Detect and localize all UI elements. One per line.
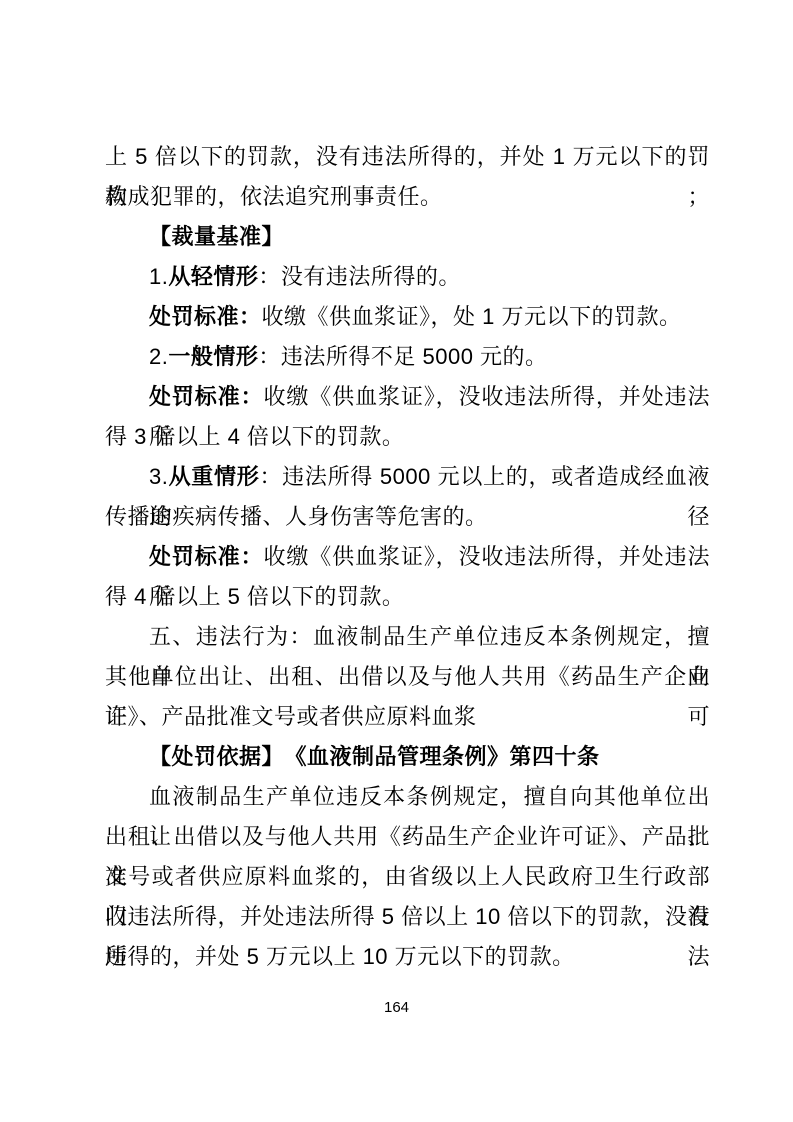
text-line: 其他单位出让、出租、出借以及与他人共用《药品生产企业许可: [105, 657, 710, 697]
text-segment: 得 3 倍以上 4 倍以下的罚款。: [105, 424, 404, 449]
text-line: 2.一般情形：违法所得不足 5000 元的。: [105, 337, 710, 377]
text-line: 得 3 倍以上 4 倍以下的罚款。: [105, 417, 710, 457]
text-segment: 3.: [149, 464, 168, 489]
text-line: 文号或者供应原料血浆的，由省级以上人民政府卫生行政部门没: [105, 857, 710, 897]
text-segment: 1.: [149, 264, 168, 289]
text-line: 收违法所得，并处违法所得 5 倍以上 10 倍以下的罚款，没有违法: [105, 897, 710, 937]
text-segment: 构成犯罪的，依法追究刑事责任。: [105, 184, 443, 209]
text-line: 上 5 倍以下的罚款，没有违法所得的，并处 1 万元以下的罚款；: [105, 137, 710, 177]
text-line: 【裁量基准】: [105, 217, 710, 257]
text-segment: ：没有违法所得的。: [258, 264, 461, 289]
text-line: 【处罚依据】 《血液制品管理条例》第四十条: [105, 737, 710, 777]
text-block: 上 5 倍以下的罚款，没有违法所得的，并处 1 万元以下的罚款；构成犯罪的，依法…: [105, 137, 710, 977]
text-segment: 一般情形: [168, 344, 258, 369]
text-line: 血液制品生产单位违反本条例规定，擅自向其他单位出让、: [105, 777, 710, 817]
text-segment: 【处罚依据】 《血液制品管理条例》第四十条: [149, 744, 600, 769]
text-segment: 证》、产品批准文号或者供应原料血浆: [105, 704, 477, 729]
text-segment: 收缴《供血浆证》，处 1 万元以下的罚款。: [262, 304, 682, 329]
text-segment: 从轻情形: [168, 264, 258, 289]
text-segment: 所得的，并处 5 万元以上 10 万元以下的罚款。: [105, 944, 575, 969]
text-line: 出租、出借以及与他人共用《药品生产企业许可证》、产品批准: [105, 817, 710, 857]
text-segment: 传播的疾病传播、人身伤害等危害的。: [105, 504, 488, 529]
document-page: 上 5 倍以下的罚款，没有违法所得的，并处 1 万元以下的罚款；构成犯罪的，依法…: [0, 0, 793, 1122]
text-segment: 处罚标准：: [149, 384, 263, 409]
text-line: 五、违法行为：血液制品生产单位违反本条例规定，擅自向: [105, 617, 710, 657]
text-line: 处罚标准：收缴《供血浆证》，处 1 万元以下的罚款。: [105, 297, 710, 337]
text-segment: 得 4 倍以上 5 倍以下的罚款。: [105, 584, 404, 609]
text-line: 处罚标准：收缴《供血浆证》，没收违法所得，并处违法所: [105, 537, 710, 577]
text-segment: 处罚标准：: [149, 544, 263, 569]
text-line: 3.从重情形：违法所得 5000 元以上的，或者造成经血液途径: [105, 457, 710, 497]
text-line: 1.从轻情形：没有违法所得的。: [105, 257, 710, 297]
text-segment: ：违法所得不足 5000 元的。: [258, 344, 547, 369]
text-segment: 处罚标准：: [149, 304, 262, 329]
text-line: 得 4 倍以上 5 倍以下的罚款。: [105, 577, 710, 617]
page-number: 164: [0, 999, 793, 1016]
text-segment: 从重情形: [168, 464, 259, 489]
text-segment: 2.: [149, 344, 168, 369]
text-line: 处罚标准：收缴《供血浆证》，没收违法所得，并处违法所: [105, 377, 710, 417]
text-segment: 【裁量基准】: [149, 224, 284, 249]
